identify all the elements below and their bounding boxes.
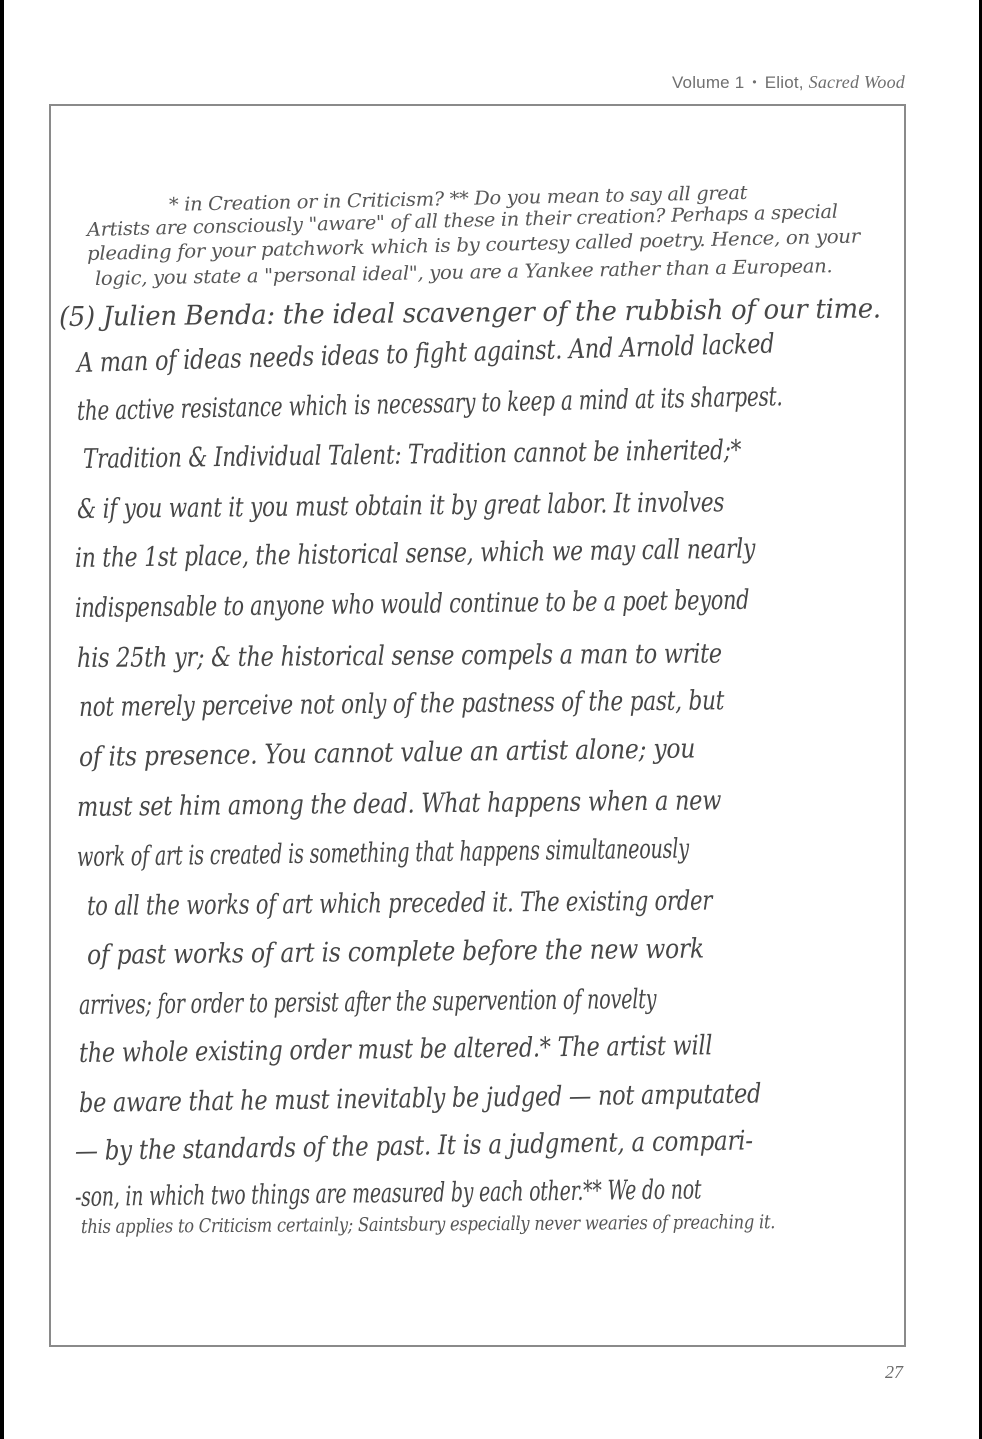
manuscript-line: in the 1st place, the historical sense, … [75, 534, 756, 574]
manuscript-line: the active resistance which is necessary… [77, 381, 783, 427]
manuscript-image-frame: * in Creation or in Criticism? ** Do you… [49, 104, 906, 1347]
manuscript-line: to all the works of art which preceded i… [87, 886, 712, 922]
manuscript-line: the whole existing order must be altered… [79, 1030, 713, 1069]
manuscript-line: Tradition & Individual Talent: Tradition… [83, 435, 742, 475]
book-page: Volume 1 • Eliot, Sacred Wood * in Creat… [4, 0, 979, 1439]
manuscript-line: must set him among the dead. What happen… [77, 785, 721, 823]
manuscript-line: of past works of art is complete before … [87, 934, 704, 971]
running-head: Volume 1 • Eliot, Sacred Wood [672, 72, 905, 93]
page-number: 27 [885, 1362, 903, 1383]
work-title: Sacred Wood [809, 72, 905, 92]
manuscript-line: this applies to Criticism certainly; Sai… [81, 1211, 775, 1238]
author-name: Eliot, [765, 73, 804, 92]
bullet-separator: • [749, 75, 759, 89]
manuscript-line: indispensable to anyone who would contin… [75, 585, 750, 624]
manuscript-line: A man of ideas needs ideas to fight agai… [77, 329, 775, 379]
manuscript-line: of its presence. You cannot value an art… [79, 733, 696, 773]
volume-label: Volume 1 [672, 73, 744, 92]
manuscript-line: -son, in which two things are measured b… [75, 1174, 702, 1213]
manuscript-line: his 25th yr; & the historical sense comp… [77, 638, 722, 674]
manuscript-line: arrives; for order to persist after the … [79, 984, 657, 1021]
manuscript-line: & if you want it you must obtain it by g… [77, 487, 724, 525]
manuscript-line: (5) Julien Benda: the ideal scavenger of… [59, 293, 881, 333]
manuscript-line: be aware that he must inevitably be judg… [79, 1078, 762, 1119]
manuscript-line: not merely perceive not only of the past… [79, 685, 724, 723]
manuscript-line: work of art is created is something that… [77, 833, 689, 873]
manuscript-line: — by the standards of the past. It is a … [75, 1125, 753, 1167]
